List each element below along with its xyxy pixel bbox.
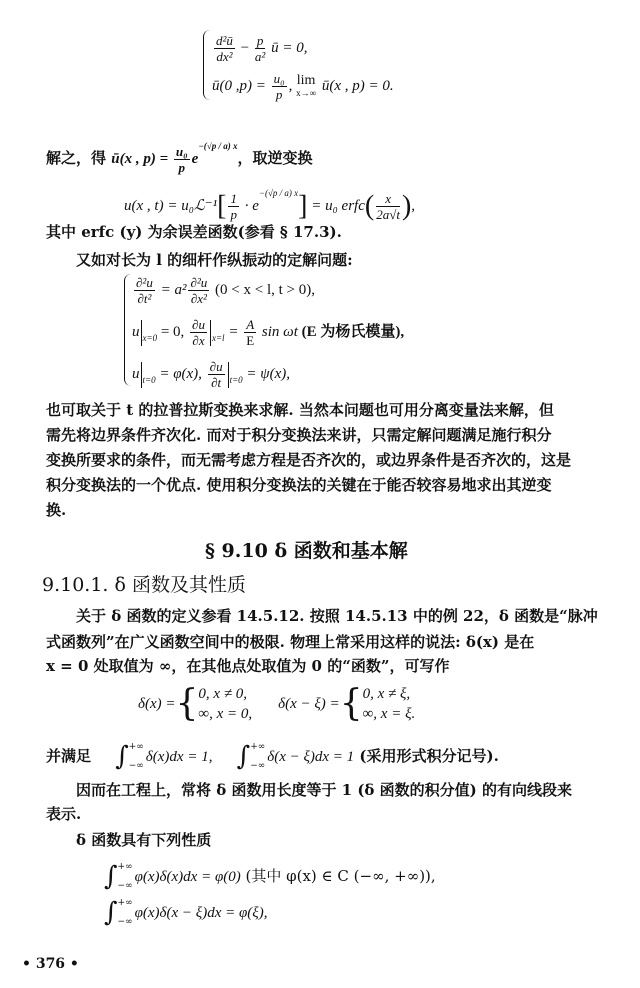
integral-limits: +∞−∞ xyxy=(118,862,133,892)
right-paren: ) xyxy=(402,191,411,222)
paragraph-line: 也可取关于 t 的拉普拉斯变换来求解. 当然本问题也可用分离变量法来解，但 xyxy=(46,400,554,420)
cases: 0, x ≠ ξ,∞, x = ξ. xyxy=(363,684,416,724)
fraction: d²ūdx² xyxy=(214,33,235,64)
property-1: ∫+∞−∞φ(x)δ(x)dx = φ(0) (其中 φ(x) ∈ C (−∞,… xyxy=(104,856,436,896)
inverse-transform-equation: u(x , t) = u₀ℒ⁻¹[1p · e−(√p / a) x] = u₀… xyxy=(124,172,415,214)
left-bracket: [ xyxy=(217,191,226,222)
properties-intro: δ 函数具有下列性质 xyxy=(76,830,211,850)
fraction: AE xyxy=(244,317,256,348)
integral-sign: ∫ xyxy=(104,862,118,892)
solve-line: 解之，得 ū(x , p) = u₀pe−(√p / a) x，取逆变换 xyxy=(46,126,312,166)
subsection-title: 9.10.1. δ 函数及其性质 xyxy=(42,570,246,597)
erfc-note: 其中 erfc (y) 为余误差函数(参看 § 17.3). xyxy=(46,222,342,242)
rod-problem-intro: 又如对长为 l 的细杆作纵振动的定解问题: xyxy=(76,250,353,270)
fraction: ∂²u∂x² xyxy=(188,275,209,306)
fraction: u₀p xyxy=(174,144,190,175)
normalization-line: 并满足 ∫+∞−∞δ(x)dx = 1, ∫+∞−∞δ(x − ξ)dx = 1… xyxy=(46,736,499,776)
section-title: § 9.10 δ 函数和基本解 xyxy=(205,536,408,563)
equation-2-line-3: ut=0 = φ(x), ∂u∂tt=0 = ψ(x), xyxy=(132,354,290,394)
equation-brace xyxy=(124,274,131,386)
fraction: 1p xyxy=(228,191,239,222)
fraction: x2a√t xyxy=(376,191,400,222)
limit-operator: limx→∞ xyxy=(296,74,316,99)
left-paren: ( xyxy=(365,191,374,222)
paragraph-line: 关于 δ 函数的定义参看 14.5.12. 按照 14.5.13 中的例 22，… xyxy=(76,606,598,626)
paragraph-line: 式函数列”在广义函数空间中的极限. 物理上常采用这样的说法: δ(x) 是在 xyxy=(46,632,534,652)
equation-1-line-2: ū(0 ,p) = u₀p, limx→∞ ū(x , p) = 0. xyxy=(212,68,394,104)
integral-limits: +∞−∞ xyxy=(250,742,265,772)
fraction: ∂u∂t xyxy=(208,359,225,390)
paragraph-line: 因而在工程上，常将 δ 函数用长度等于 1 (δ 函数的积分值) 的有向线段来 xyxy=(76,780,572,800)
equation-brace xyxy=(203,30,210,100)
fraction: pa² xyxy=(255,33,266,64)
integral-sign: ∫ xyxy=(237,742,251,772)
equation-1-line-1: d²ūdx² − pa² ū = 0, xyxy=(212,30,308,66)
fraction: ∂²u∂t² xyxy=(134,275,155,306)
evaluation-bar xyxy=(210,320,211,346)
integral-sign: ∫ xyxy=(104,898,118,928)
paragraph-line: 积分变换法的一个优点. 使用积分变换法的关键在于能否较容易地求出其逆变 xyxy=(46,475,551,495)
cases: 0, x ≠ 0,∞, x = 0, xyxy=(198,684,252,724)
paragraph-line: 变换所要求的条件，而无需考虑方程是否齐次的，或边界条件是否齐次的，这是 xyxy=(46,450,571,470)
equation-2-line-2: ux=0 = 0, ∂u∂xx=l = AE sin ωt (E 为杨氏模量), xyxy=(132,312,404,352)
delta-definition: δ(x) = {0, x ≠ 0,∞, x = 0,δ(x − ξ) = {0,… xyxy=(138,682,415,726)
evaluation-bar xyxy=(141,362,142,388)
paragraph-line: 表示. xyxy=(46,804,81,824)
fraction: ∂u∂x xyxy=(190,317,207,348)
cases-brace: { xyxy=(176,682,199,726)
integral-limits: +∞−∞ xyxy=(118,898,133,928)
integral-limits: +∞−∞ xyxy=(129,742,144,772)
paragraph-line: 换. xyxy=(46,500,66,520)
evaluation-bar xyxy=(141,320,142,346)
fraction: u₀p xyxy=(272,71,287,102)
paragraph-line: x = 0 处取值为 ∞，在其他点处取值为 0 的“函数”，可写作 xyxy=(46,656,449,676)
integral-sign: ∫ xyxy=(115,742,129,772)
paragraph-line: 需先将边界条件齐次化. 而对于积分变换法来讲，只需定解问题满足施行积分 xyxy=(46,425,551,445)
equation-2-line-1: ∂²u∂t² = a²∂²u∂x² (0 < x < l, t > 0), xyxy=(132,272,315,308)
cases-brace: { xyxy=(340,682,363,726)
evaluation-bar xyxy=(228,362,229,388)
page-number: • 376 • xyxy=(22,954,79,974)
property-2: ∫+∞−∞φ(x)δ(x − ξ)dx = φ(ξ), xyxy=(104,892,267,932)
